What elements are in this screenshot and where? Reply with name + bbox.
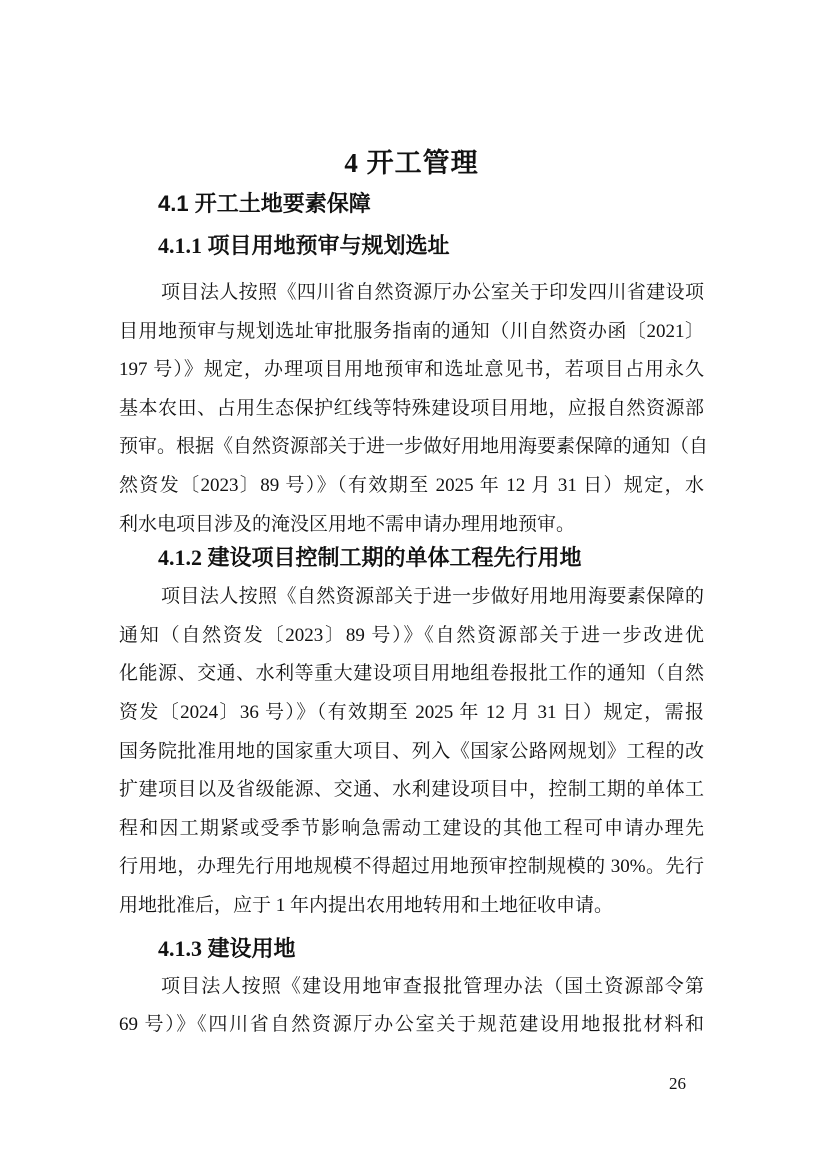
body-line: 预审。根据《自然资源部关于进一步做好用地用海要素保障的通知（自	[119, 428, 704, 467]
paragraph-4-1-2: 项目法人按照《自然资源部关于进一步做好用地用海要素保障的 通知（自然资发〔202…	[119, 578, 704, 925]
body-line: 程和因工期紧或受季节影响急需动工建设的其他工程可申请办理先	[119, 810, 704, 849]
body-line: 国务院批准用地的国家重大项目、列入《国家公路网规划》工程的改	[119, 733, 704, 772]
document-page: 4 开工管理 4.1 开工土地要素保障 4.1.1 项目用地预审与规划选址 项目…	[0, 0, 826, 1169]
body-line: 行用地，办理先行用地规模不得超过用地预审控制规模的 30%。先行	[119, 848, 704, 887]
paragraph-4-1-1: 项目法人按照《四川省自然资源厅办公室关于印发四川省建设项 目用地预审与规划选址审…	[119, 274, 704, 544]
body-line: 扩建项目以及省级能源、交通、水利建设项目中，控制工期的单体工	[119, 771, 704, 810]
chapter-title: 4 开工管理	[119, 148, 704, 178]
heading-4-1-3: 4.1.3 建设用地	[119, 938, 704, 960]
page-number: 26	[669, 1074, 686, 1094]
body-line: 项目法人按照《四川省自然资源厅办公室关于印发四川省建设项	[119, 274, 704, 313]
body-line: 资发〔2024〕36 号）》（有效期至 2025 年 12 月 31 日）规定，…	[119, 694, 704, 733]
heading-4-1: 4.1 开工土地要素保障	[119, 193, 704, 215]
body-line: 然资发〔2023〕89 号）》（有效期至 2025 年 12 月 31 日）规定…	[119, 467, 704, 506]
body-line: 项目法人按照《自然资源部关于进一步做好用地用海要素保障的	[119, 578, 704, 617]
body-line: 197 号）》规定，办理项目用地预审和选址意见书，若项目占用永久	[119, 351, 704, 390]
body-line: 目用地预审与规划选址审批服务指南的通知（川自然资办函〔2021〕	[119, 313, 704, 352]
body-line: 用地批准后，应于 1 年内提出农用地转用和土地征收申请。	[119, 887, 704, 926]
body-line: 通知（自然资发〔2023〕89 号）》《自然资源部关于进一步改进优	[119, 617, 704, 656]
body-line: 利水电项目涉及的淹没区用地不需申请办理用地预审。	[119, 506, 704, 545]
page-content: 4 开工管理 4.1 开工土地要素保障 4.1.1 项目用地预审与规划选址 项目…	[119, 0, 704, 1045]
body-line: 项目法人按照《建设用地审查报批管理办法（国土资源部令第	[119, 968, 704, 1007]
paragraph-4-1-3: 项目法人按照《建设用地审查报批管理办法（国土资源部令第 69 号）》《四川省自然…	[119, 968, 704, 1045]
body-line: 69 号）》《四川省自然资源厅办公室关于规范建设用地报批材料和	[119, 1006, 704, 1045]
heading-4-1-1: 4.1.1 项目用地预审与规划选址	[119, 235, 704, 257]
body-line: 基本农田、占用生态保护红线等特殊建设项目用地，应报自然资源部	[119, 390, 704, 429]
body-line: 化能源、交通、水利等重大建设项目用地组卷报批工作的通知（自然	[119, 655, 704, 694]
heading-4-1-2: 4.1.2 建设项目控制工期的单体工程先行用地	[119, 547, 704, 569]
